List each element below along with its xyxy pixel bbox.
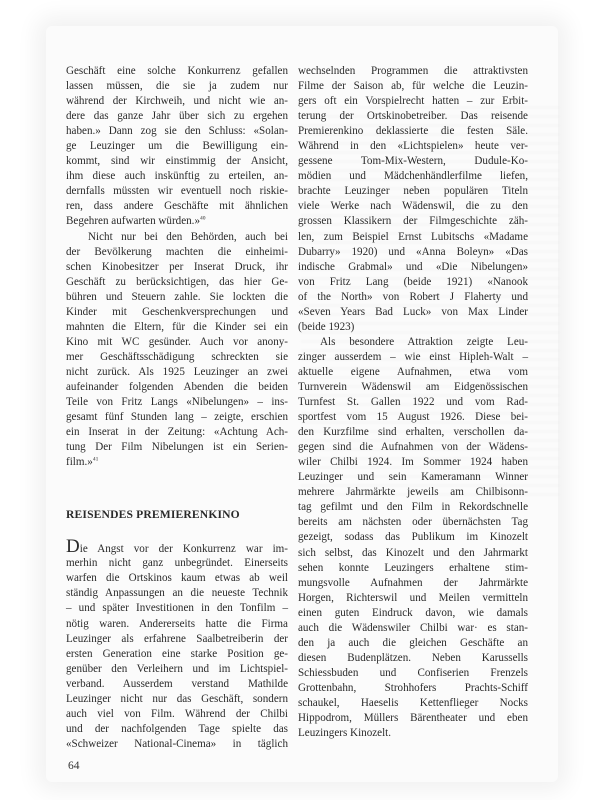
paragraph-1: Geschäft eine solche Konkurrenz gefallen…: [66, 64, 288, 214]
text-line: gers oft ein Vorspielrecht hatten – zur …: [298, 94, 528, 109]
text-line: bereits am nächsten oder übernächsten Ta…: [298, 515, 528, 530]
paragraph-2: Nicht nur bei den Behörden, auch beider …: [66, 230, 288, 456]
paragraph-3: merhin nicht ganz unbegründet. Einerseit…: [66, 556, 288, 752]
paragraph-1: wechselnden Programmen die attraktivsten…: [298, 64, 528, 320]
text-line: gesamt fünf Stunden lang – zeigte, ersch…: [66, 410, 288, 425]
text-line: Turnverein Wädenswil am Eidgenössischen: [298, 380, 528, 395]
text-line: Geschäft eine solche Konkurrenz gefallen: [66, 64, 288, 79]
text-line: «Seven Years Bad Luck» von Max Linder: [298, 305, 528, 320]
paragraph-3-first-line: Die Angst vor der Konkurrenz war im-: [66, 541, 288, 556]
footnote-ref-41[interactable]: 41: [93, 457, 99, 463]
text-line: ihm diese auch inskünftig zu erteilen, a…: [66, 169, 288, 184]
text-line: mer Geschäftsschädigung schreckten sie: [66, 350, 288, 365]
text-line: wechselnden Programmen die attraktivsten: [298, 64, 528, 79]
text-line: grossen Klassikern der Filmgeschichte zä…: [298, 214, 528, 229]
left-column: Geschäft eine solche Konkurrenz gefallen…: [66, 64, 288, 752]
text-line: Dubarry» 1920) und «Anna Boleyn» «Das: [298, 245, 528, 260]
text-line: ein Inserat in der Zeitung: «Achtung Ach…: [66, 425, 288, 440]
text-line: Premierenkino deklassierte die festen Sä…: [298, 124, 528, 139]
text-line: Als besondere Attraktion zeigte Leu-: [298, 335, 528, 350]
text-line: indische Grabmal» und «Die Nibelungen»: [298, 260, 528, 275]
page-number: 64: [68, 760, 80, 772]
text-line: den ja auch die gleichen Geschäfte an: [298, 636, 528, 651]
text-line: wiler Chilbi 1924. Im Sommer 1924 haben: [298, 455, 528, 470]
text-line: viele Werke nach Wädenswil, die zu den: [298, 199, 528, 214]
text: film.»: [66, 456, 93, 468]
text-line: einen guten Eindruck davon, wie damals: [298, 606, 528, 621]
text-line: Leuzinger und sein Kameramann Winner: [298, 470, 528, 485]
text-line: und der nachfolgenden Tage spielte das: [66, 722, 288, 737]
text-line: nicht zurück. Als 1925 Leuzinger an zwei: [66, 365, 288, 380]
text-line: mehrere Jahrmärkte jeweils am Chilbisonn…: [298, 485, 528, 500]
text-line: auch die Wädenswiler Chilbi war· es stan…: [298, 621, 528, 636]
text-line: mungsvolle Aufnahmen der Jahrmärkte: [298, 576, 528, 591]
text-line: aufeinander folgenden Abenden die beiden: [66, 380, 288, 395]
text: Begehren aufwarten würden.»: [66, 215, 200, 227]
paragraph-2-last-line: Leuzingers Kinozelt.: [298, 726, 528, 741]
text-line: schen Kinobesitzer per Inserat Druck, ih…: [66, 260, 288, 275]
text-line: zinger ausserdem – wie einst Hipleh-Walt…: [298, 350, 528, 365]
text-line: merhin nicht ganz unbegründet. Einerseit…: [66, 556, 288, 571]
text-line: sich selbst, das Kinozelt und den Jahrma…: [298, 546, 528, 561]
text-line: tung Der Film Nibelungen ist ein Serien-: [66, 440, 288, 455]
text-line: ge Leuzinger um die Bewilligung ein-: [66, 139, 288, 154]
text-line: terung der Ortskinobetreiber. Das reisen…: [298, 109, 528, 124]
text-line: dere das ganze Jahr über sich zu ergehen: [66, 109, 288, 124]
text-line: tag gefilmt und den Film in Rekordschnel…: [298, 500, 528, 515]
text-line: lassen müssen, die sie ja zudem nur: [66, 79, 288, 94]
section-heading: REISENDES PREMIERENKINO: [66, 507, 288, 522]
text-line: Turnfest St. Gallen 1922 und vom Rad-: [298, 395, 528, 410]
text-line: Während in den «Lichtspielen» heute ver-: [298, 139, 528, 154]
text-line: «Schweizer National-Cinema» in täglich: [66, 737, 288, 752]
text-line: verband. Ausserdem verstand Mathilde: [66, 677, 288, 692]
text-line: gessene Tom-Mix-Western, Dudule-Ko-: [298, 154, 528, 169]
text-line: brachte Leuzinger neben populären Titeln: [298, 184, 528, 199]
text-line: Leuzinger als erfahrene Saalbetreiberin …: [66, 632, 288, 647]
text-line: Nicht nur bei den Behörden, auch bei: [66, 230, 288, 245]
text-line: sportfest vom 15 August 1926. Diese bei-: [298, 410, 528, 425]
text-line: bühren und Steuern zahle. Sie lockten di…: [66, 290, 288, 305]
text-line: schaukel, Haeselis Kettenflieger Nocks: [298, 696, 528, 711]
paragraph-1-last-line: (beide 1923): [298, 320, 528, 335]
text-line: den Kurzfilme sind erhalten, verschollen…: [298, 425, 528, 440]
paragraph-1-last-line: Begehren aufwarten würden.»40: [66, 214, 288, 229]
text-line: ersten Generation eine starke Position g…: [66, 647, 288, 662]
right-column: wechselnden Programmen die attraktivsten…: [298, 64, 528, 741]
text-line: warfen die Ortskinos kaum etwas ab weil: [66, 571, 288, 586]
text-line: dernfalls müssten wir eventuell noch ris…: [66, 184, 288, 199]
text-line: genüber den Verleihern und im Lichtspiel…: [66, 662, 288, 677]
text-line: gezeigt, sodass das Publikum im Kinozelt: [298, 530, 528, 545]
paragraph-2-last-line: film.»41: [66, 455, 288, 470]
text-line: mahnten die Eltern, für die Kinder sei e…: [66, 320, 288, 335]
text-line: Kinder mit Geschenkversprechungen und: [66, 305, 288, 320]
text-line: auch viel von Film. Während der Chilbi: [66, 707, 288, 722]
text-line: Leuzinger nicht nur das Geschäft, sonder…: [66, 692, 288, 707]
text-line: ren, dass andere Geschäfte mit ähnlichen: [66, 199, 288, 214]
text-line: kommt, sind wir einstimmig der Ansicht,: [66, 154, 288, 169]
text-line: – und später Investitionen in den Tonfil…: [66, 601, 288, 616]
text-line: während der Kirchweih, und nicht wie an-: [66, 94, 288, 109]
text-line: gegen sind die Aufnahmen von der Wädens-: [298, 440, 528, 455]
text-line: len, zum Beispiel Ernst Lubitschs «Madam…: [298, 230, 528, 245]
text-line: von Fritz Lang (beide 1921) «Nanook: [298, 275, 528, 290]
text-line: nötig waren. Andererseits hatte die Firm…: [66, 617, 288, 632]
text-line: der Bevölkerung machten die einheimi-: [66, 245, 288, 260]
text-line: Horgen, Richterswil und Meilen vermittel…: [298, 591, 528, 606]
footnote-ref-40[interactable]: 40: [200, 216, 206, 222]
text-line: mödien und Mädchenhändlerfilme liefen,: [298, 169, 528, 184]
text-line: Kino mit WC gesünder. Auch vor anony-: [66, 335, 288, 350]
text-line: aktuelle eigene Aufnahmen, etwa vom: [298, 365, 528, 380]
text-line: diesen Budenplätzen. Neben Karussells: [298, 651, 528, 666]
text: ie Angst vor der Konkurrenz war im-: [80, 543, 288, 555]
text-line: Filme der Saison ab, für welche die Leuz…: [298, 79, 528, 94]
text-line: Geschäft zu berücksichtigen, das hier Ge…: [66, 275, 288, 290]
text-line: Schiessbuden und Confiserien Frenzels: [298, 666, 528, 681]
paragraph-2: Als besondere Attraktion zeigte Leu-zing…: [298, 335, 528, 726]
text-line: of the North» von Robert J Flaherty und: [298, 290, 528, 305]
text-line: haben.» Dann zog sie den Schluss: «Solan…: [66, 124, 288, 139]
text-line: ständig Anpassungen an die neueste Techn…: [66, 586, 288, 601]
text-line: Teile von Fritz Langs «Nibelungen» – ins…: [66, 395, 288, 410]
text-line: Hippodrom, Müllers Bärentheater und eben: [298, 711, 528, 726]
text-line: sehen konnte Leuzingers erhaltene stim-: [298, 561, 528, 576]
text-line: Grottenbahn, Strohhofers Prachts-Schiff: [298, 681, 528, 696]
drop-cap: D: [66, 536, 80, 557]
